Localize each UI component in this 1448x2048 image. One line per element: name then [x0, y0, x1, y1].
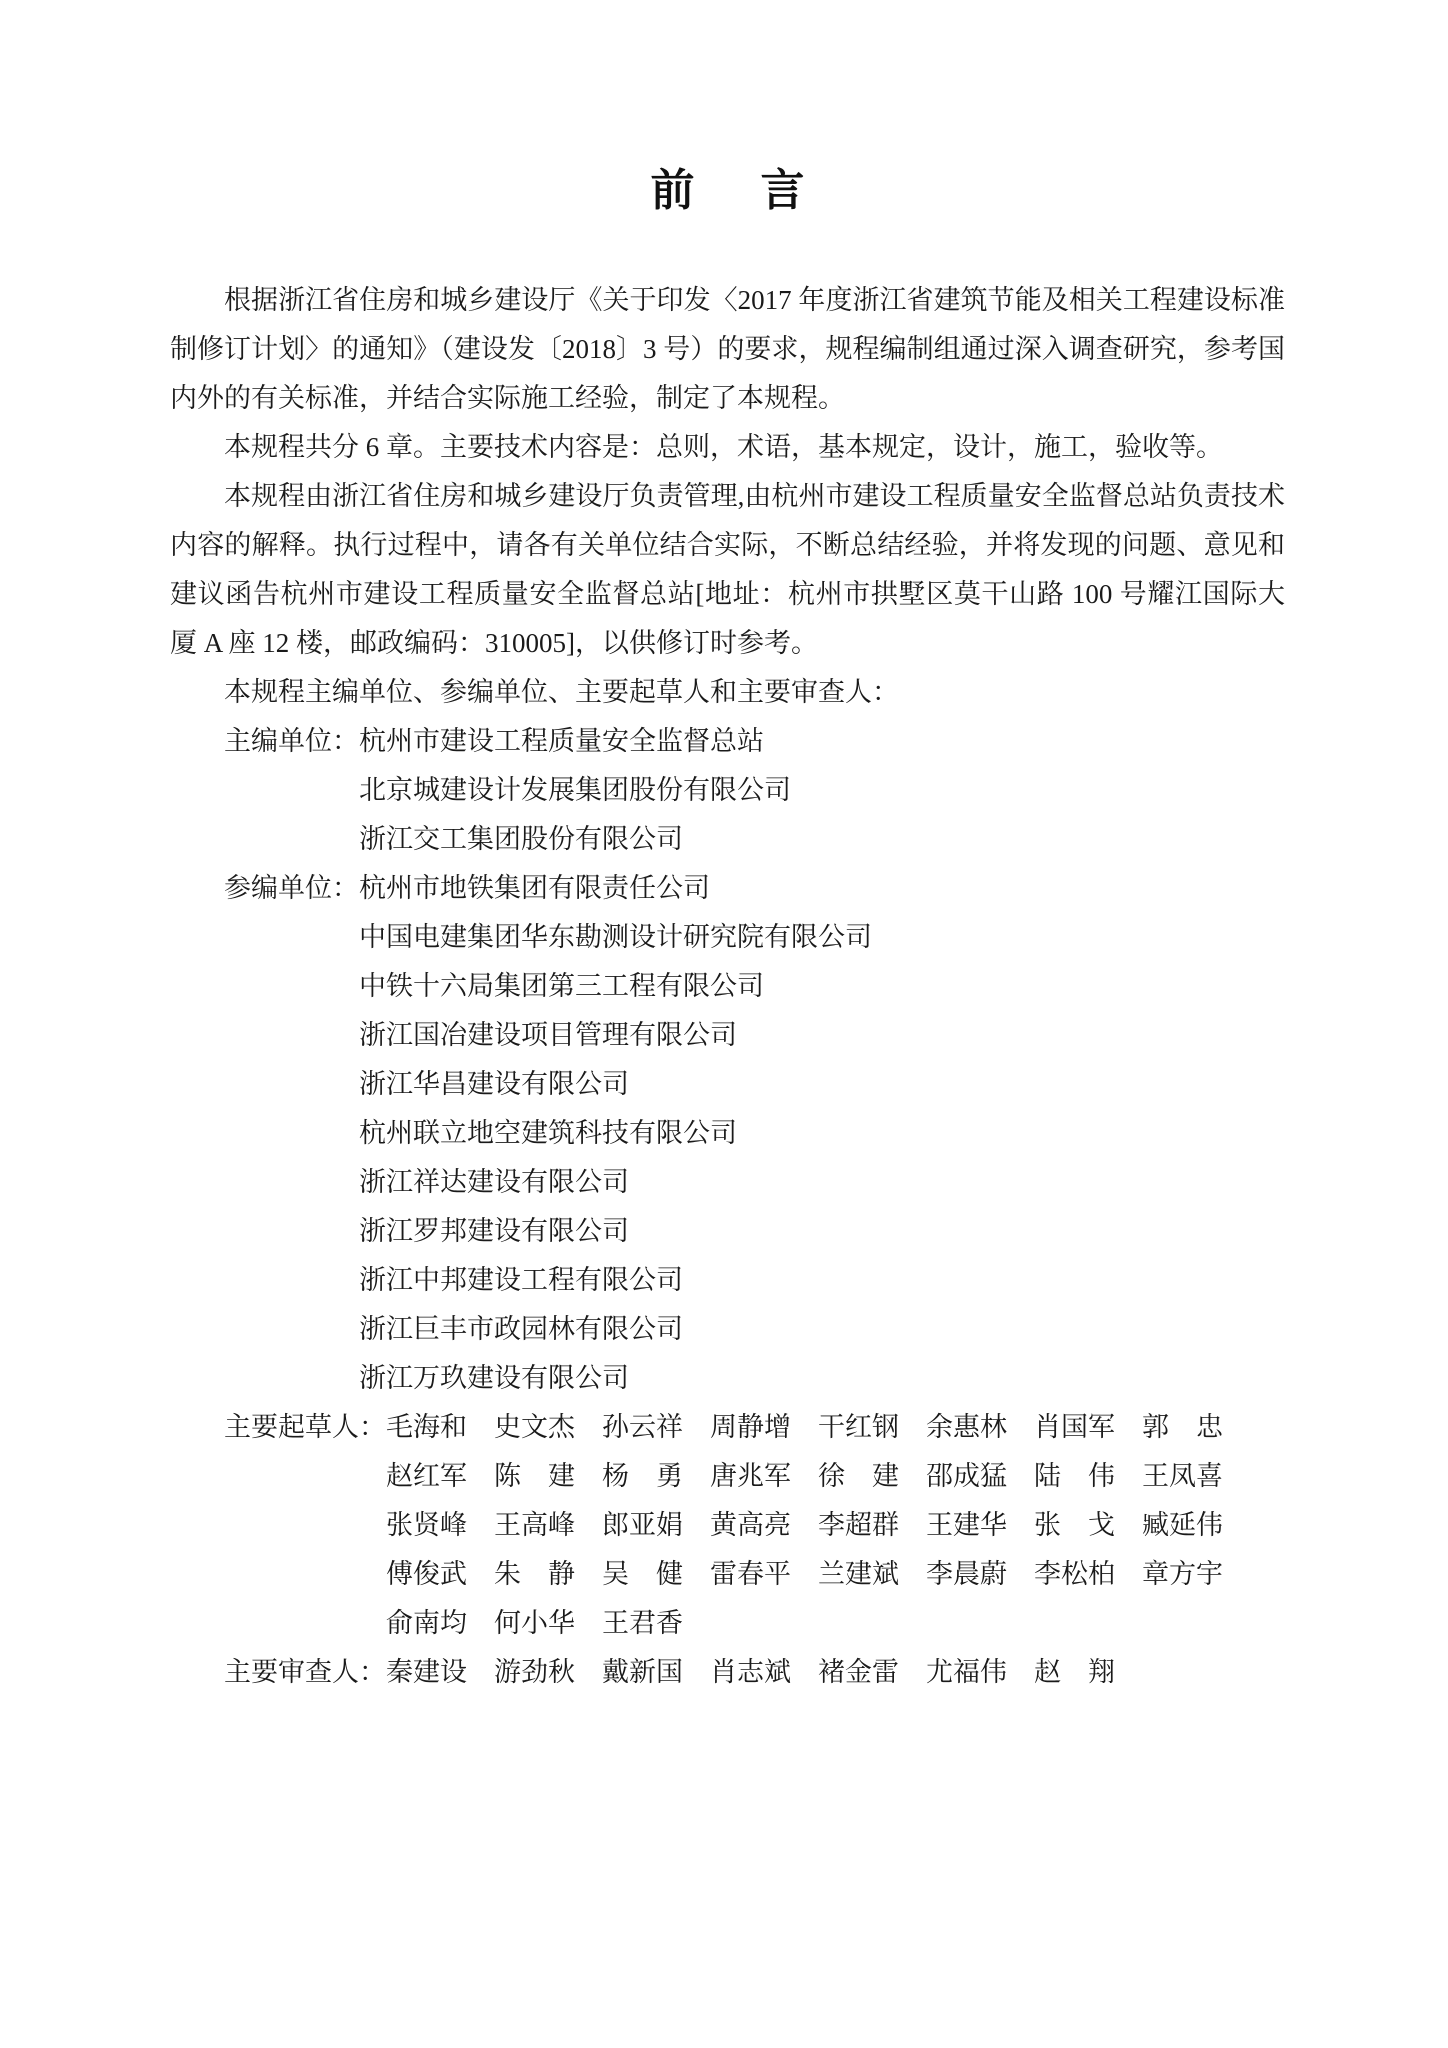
chief-units-label: 主编单位： — [224, 726, 359, 756]
participant-unit: 浙江国冶建设项目管理有限公司 — [170, 1011, 1285, 1060]
participant-unit: 浙江祥达建设有限公司 — [170, 1158, 1285, 1207]
page-title: 前 言 — [170, 165, 1285, 218]
chief-units-row: 主编单位：杭州市建设工程质量安全监督总站 — [170, 717, 1285, 766]
participant-units-row: 参编单位：杭州市地铁集团有限责任公司 — [170, 864, 1285, 913]
drafter-names-line: 赵红军 陈 建 杨 勇 唐兆军 徐 建 邵成猛 陆 伟 王凤喜 — [170, 1452, 1285, 1501]
participant-unit: 杭州联立地空建筑科技有限公司 — [170, 1109, 1285, 1158]
participant-unit: 浙江巨丰市政园林有限公司 — [170, 1305, 1285, 1354]
paragraph-credits-intro: 本规程主编单位、参编单位、主要起草人和主要审查人： — [170, 668, 1285, 717]
chief-unit: 浙江交工集团股份有限公司 — [170, 815, 1285, 864]
reviewers-label: 主要审查人： — [224, 1657, 386, 1687]
paragraph-basis: 根据浙江省住房和城乡建设厅《关于印发〈2017 年度浙江省建筑节能及相关工程建设… — [170, 276, 1285, 423]
participant-unit: 浙江万玖建设有限公司 — [170, 1354, 1285, 1403]
drafters-label: 主要起草人： — [224, 1412, 386, 1442]
participant-unit: 浙江罗邦建设有限公司 — [170, 1207, 1285, 1256]
paragraph-chapters: 本规程共分 6 章。主要技术内容是：总则，术语，基本规定，设计，施工，验收等。 — [170, 423, 1285, 472]
participant-unit: 浙江中邦建设工程有限公司 — [170, 1256, 1285, 1305]
document-page: 前 言 根据浙江省住房和城乡建设厅《关于印发〈2017 年度浙江省建筑节能及相关… — [0, 0, 1448, 2048]
paragraph-management: 本规程由浙江省住房和城乡建设厅负责管理,由杭州市建设工程质量安全监督总站负责技术… — [170, 472, 1285, 668]
participant-units-label: 参编单位： — [224, 873, 359, 903]
drafters-row: 主要起草人：毛海和 史文杰 孙云祥 周静增 干红钢 余惠林 肖国军 郭 忠 — [170, 1403, 1285, 1452]
chief-unit: 杭州市建设工程质量安全监督总站 — [359, 726, 764, 756]
drafter-names-line: 俞南均 何小华 王君香 — [170, 1599, 1285, 1648]
reviewer-names-line: 秦建设 游劲秋 戴新国 肖志斌 褚金雷 尤福伟 赵 翔 — [386, 1657, 1115, 1687]
reviewers-row: 主要审查人：秦建设 游劲秋 戴新国 肖志斌 褚金雷 尤福伟 赵 翔 — [170, 1648, 1285, 1697]
participant-unit: 杭州市地铁集团有限责任公司 — [359, 873, 710, 903]
document-body: 根据浙江省住房和城乡建设厅《关于印发〈2017 年度浙江省建筑节能及相关工程建设… — [170, 276, 1285, 1697]
participant-unit: 中国电建集团华东勘测设计研究院有限公司 — [170, 913, 1285, 962]
chief-unit: 北京城建设计发展集团股份有限公司 — [170, 766, 1285, 815]
drafter-names-line: 傅俊武 朱 静 吴 健 雷春平 兰建斌 李晨蔚 李松柏 章方宇 — [170, 1550, 1285, 1599]
participant-unit: 浙江华昌建设有限公司 — [170, 1060, 1285, 1109]
drafter-names-line: 毛海和 史文杰 孙云祥 周静增 干红钢 余惠林 肖国军 郭 忠 — [386, 1412, 1223, 1442]
drafter-names-line: 张贤峰 王高峰 郎亚娟 黄高亮 李超群 王建华 张 戈 臧延伟 — [170, 1501, 1285, 1550]
participant-unit: 中铁十六局集团第三工程有限公司 — [170, 962, 1285, 1011]
